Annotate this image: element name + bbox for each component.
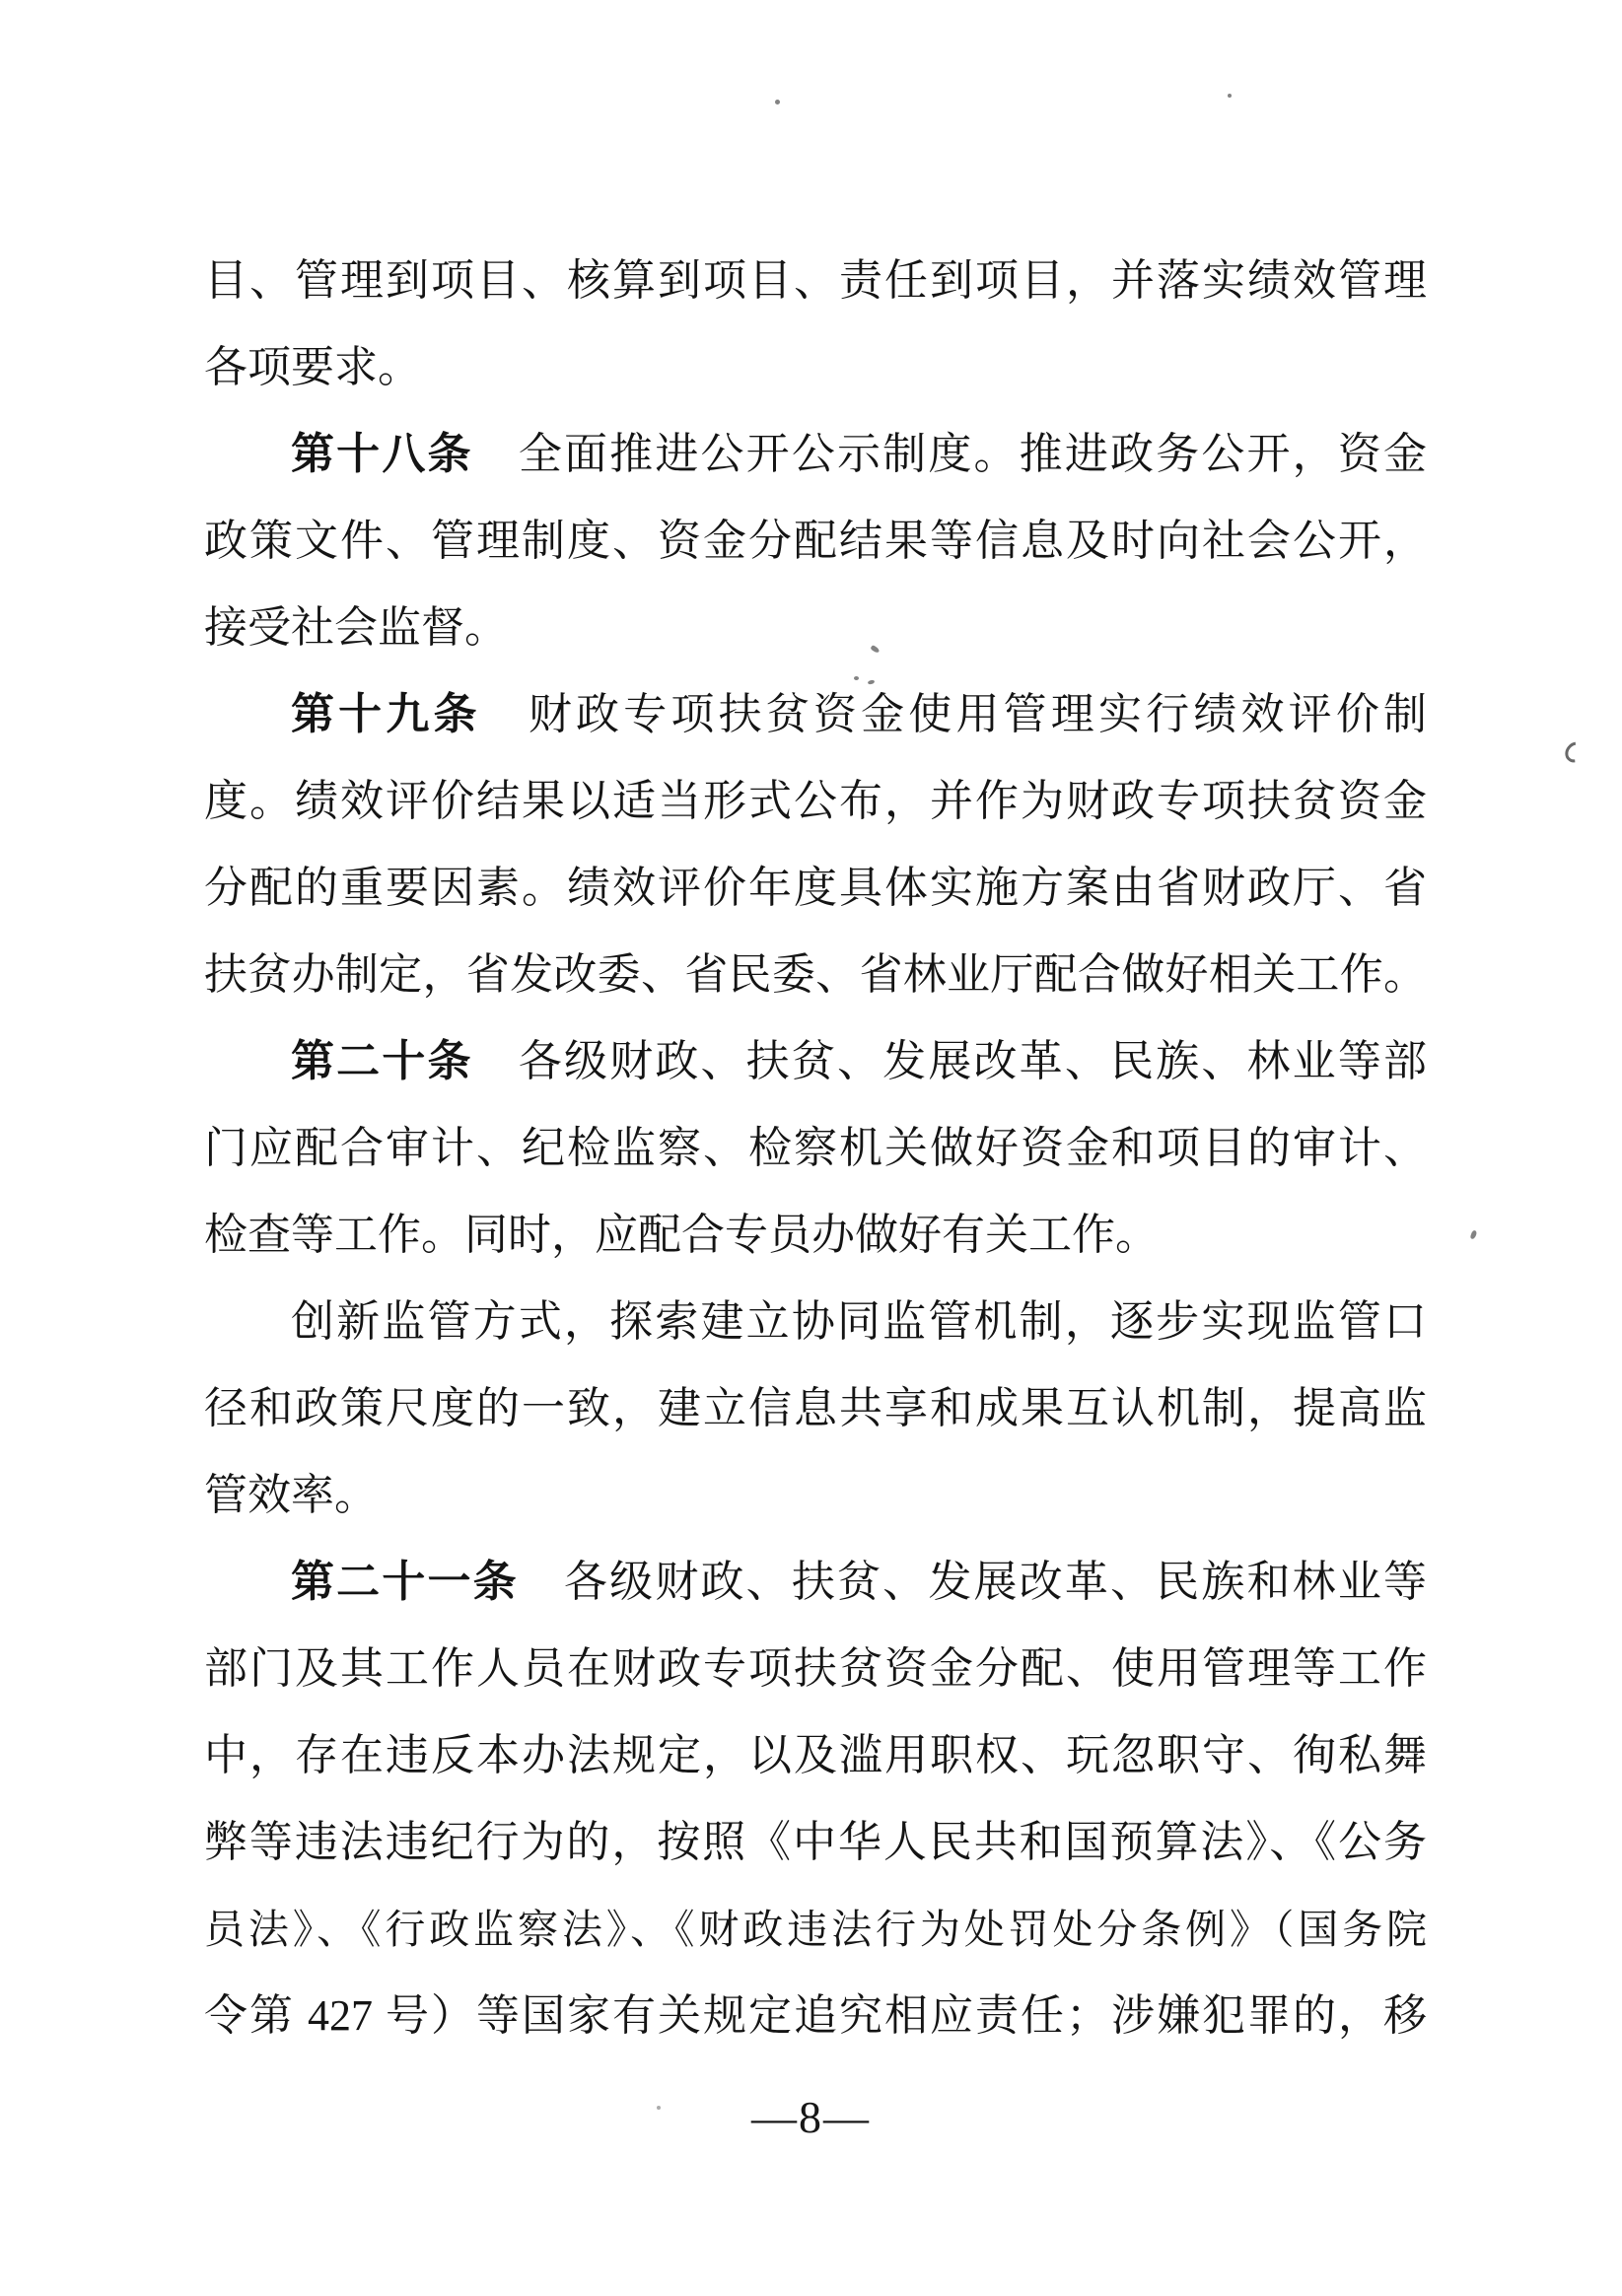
line-text: 部门及其工作人员在财政专项扶贫资金分配、使用管理等工作 — [204, 1644, 1427, 1693]
text-line: 弊等违法违纪行为的，按照《中华人民共和国预算法》、《公务 — [204, 1799, 1427, 1886]
scan-speck — [1561, 737, 1589, 766]
line-text: 检查等工作。同时，应配合专员办做好有关工作。 — [204, 1211, 1159, 1259]
text-line: 各项要求。 — [204, 324, 1427, 411]
scan-speck — [657, 2106, 661, 2110]
text-line: 门应配合审计、纪检监察、检察机关做好资金和项目的审计、 — [204, 1105, 1427, 1192]
text-line: 第十八条 全面推进公开公示制度。推进政务公开，资金 — [204, 411, 1427, 498]
scan-speck — [1228, 94, 1232, 98]
scan-speck — [1470, 1229, 1478, 1239]
line-text: 各项要求。 — [204, 343, 421, 391]
line-text: 政策文件、管理制度、资金分配结果等信息及时向社会公开， — [204, 517, 1427, 565]
text-line: 扶贫办制定，省发改委、省民委、省林业厅配合做好相关工作。 — [204, 932, 1427, 1018]
article-number: 第二十一条 — [291, 1558, 519, 1606]
text-line: 令第 427 号）等国家有关规定追究相应责任；涉嫌犯罪的，移 — [204, 1973, 1427, 2059]
text-line: 分配的重要因素。绩效评价年度具体实施方案由省财政厅、省 — [204, 845, 1427, 932]
line-text: 中，存在违反本办法规定，以及滥用职权、玩忽职守、徇私舞 — [204, 1731, 1427, 1779]
line-text: 目、管理到项目、核算到项目、责任到项目，并落实绩效管理 — [204, 256, 1427, 305]
text-line: 创新监管方式，探索建立协同监管机制，逐步实现监管口 — [204, 1279, 1427, 1365]
line-text: 度。绩效评价结果以适当形式公布，并作为财政专项扶贫资金 — [204, 777, 1427, 825]
text-line: 第二十条 各级财政、扶贫、发展改革、民族、林业等部 — [204, 1018, 1427, 1105]
text-line: 中，存在违反本办法规定，以及滥用职权、玩忽职守、徇私舞 — [204, 1712, 1427, 1799]
text-line: 目、管理到项目、核算到项目、责任到项目，并落实绩效管理 — [204, 238, 1427, 324]
article-number: 第二十条 — [291, 1037, 473, 1085]
scan-speck — [854, 676, 859, 680]
text-line: 第十九条 财政专项扶贫资金使用管理实行绩效评价制 — [204, 671, 1427, 758]
line-text: 令第 427 号）等国家有关规定追究相应责任；涉嫌犯罪的，移 — [204, 1991, 1427, 2040]
text-line: 部门及其工作人员在财政专项扶贫资金分配、使用管理等工作 — [204, 1626, 1427, 1712]
text-line: 员法》、《行政监察法》、《财政违法行为处罚处分条例》（国务院 — [204, 1886, 1427, 1973]
text-line: 政策文件、管理制度、资金分配结果等信息及时向社会公开， — [204, 498, 1427, 585]
scanned-page: 目、管理到项目、核算到项目、责任到项目，并落实绩效管理 各项要求。 第十八条 全… — [0, 0, 1622, 2296]
line-text: 财政专项扶贫资金使用管理实行绩效评价制 — [481, 690, 1427, 738]
line-text: 全面推进公开公示制度。推进政务公开，资金 — [473, 430, 1427, 478]
text-line: 管效率。 — [204, 1452, 1427, 1539]
line-text: 接受社会监督。 — [204, 603, 508, 652]
line-text: 各级财政、扶贫、发展改革、民族、林业等部 — [473, 1037, 1427, 1085]
line-text: 门应配合审计、纪检监察、检察机关做好资金和项目的审计、 — [204, 1124, 1427, 1172]
line-text: 创新监管方式，探索建立协同监管机制，逐步实现监管口 — [291, 1297, 1427, 1346]
text-line: 第二十一条 各级财政、扶贫、发展改革、民族和林业等 — [204, 1539, 1427, 1626]
line-text: 分配的重要因素。绩效评价年度具体实施方案由省财政厅、省 — [204, 864, 1427, 912]
line-text: 径和政策尺度的一致，建立信息共享和成果互认机制，提高监 — [204, 1384, 1427, 1432]
line-text: 各级财政、扶贫、发展改革、民族和林业等 — [519, 1558, 1427, 1606]
line-text: 员法》、《行政监察法》、《财政违法行为处罚处分条例》（国务院 — [204, 1907, 1427, 1952]
line-text: 弊等违法违纪行为的，按照《中华人民共和国预算法》、《公务 — [204, 1818, 1427, 1866]
article-number: 第十八条 — [291, 430, 473, 478]
article-number: 第十九条 — [291, 690, 481, 738]
text-line: 检查等工作。同时，应配合专员办做好有关工作。 — [204, 1192, 1427, 1279]
document-text: 目、管理到项目、核算到项目、责任到项目，并落实绩效管理 各项要求。 第十八条 全… — [204, 238, 1427, 2059]
line-text: 扶贫办制定，省发改委、省民委、省林业厅配合做好相关工作。 — [204, 950, 1427, 999]
text-line: 径和政策尺度的一致，建立信息共享和成果互认机制，提高监 — [204, 1365, 1427, 1452]
text-line: 接受社会监督。 — [204, 585, 1427, 671]
text-line: 度。绩效评价结果以适当形式公布，并作为财政专项扶贫资金 — [204, 758, 1427, 845]
line-text: 管效率。 — [204, 1471, 378, 1519]
scan-speck — [775, 100, 780, 104]
page-number: —8— — [0, 2088, 1622, 2147]
